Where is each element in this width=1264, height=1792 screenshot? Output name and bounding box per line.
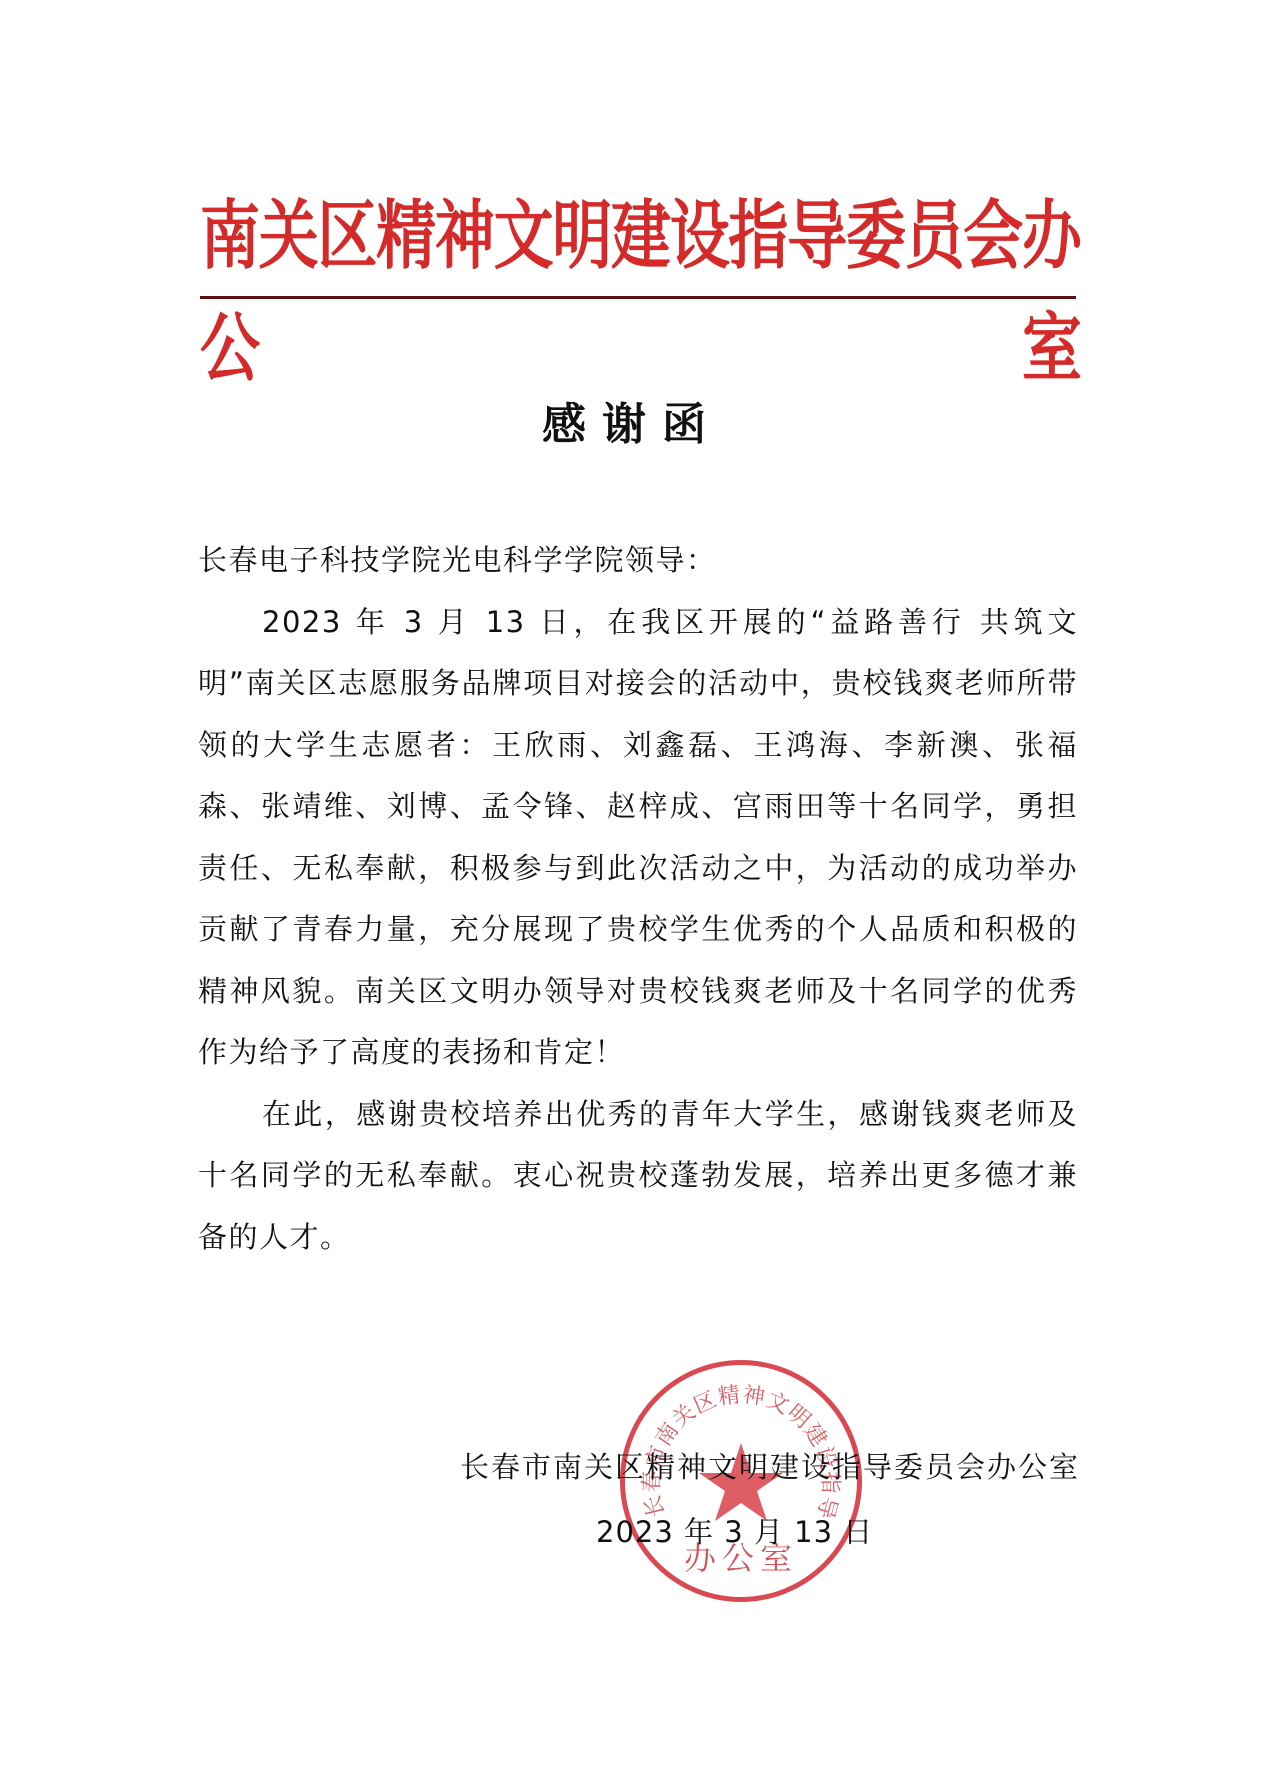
paragraph-1: 2023 年 3 月 13 日，在我区开展的“益路善行 共筑文明”南关区志愿服务… (198, 592, 1078, 1084)
signature-organization: 长春市南关区精神文明建设指导委员会办公室 (380, 1445, 1080, 1486)
letter-body: 长春电子科技学院光电科学学院领导： 2023 年 3 月 13 日，在我区开展的… (198, 530, 1078, 1268)
salutation: 长春电子科技学院光电科学学院领导： (198, 530, 1078, 592)
letterhead-title: 南关区精神文明建设指导委员会办公室 (200, 180, 1080, 405)
document-title: 感谢函 (0, 388, 1264, 452)
letterhead-rule (200, 296, 1076, 299)
signature-date: 2023 年 3 月 13 日 (596, 1510, 873, 1551)
paragraph-2: 在此，感谢贵校培养出优秀的青年大学生，感谢钱爽老师及十名同学的无私奉献。衷心祝贵… (198, 1084, 1078, 1269)
